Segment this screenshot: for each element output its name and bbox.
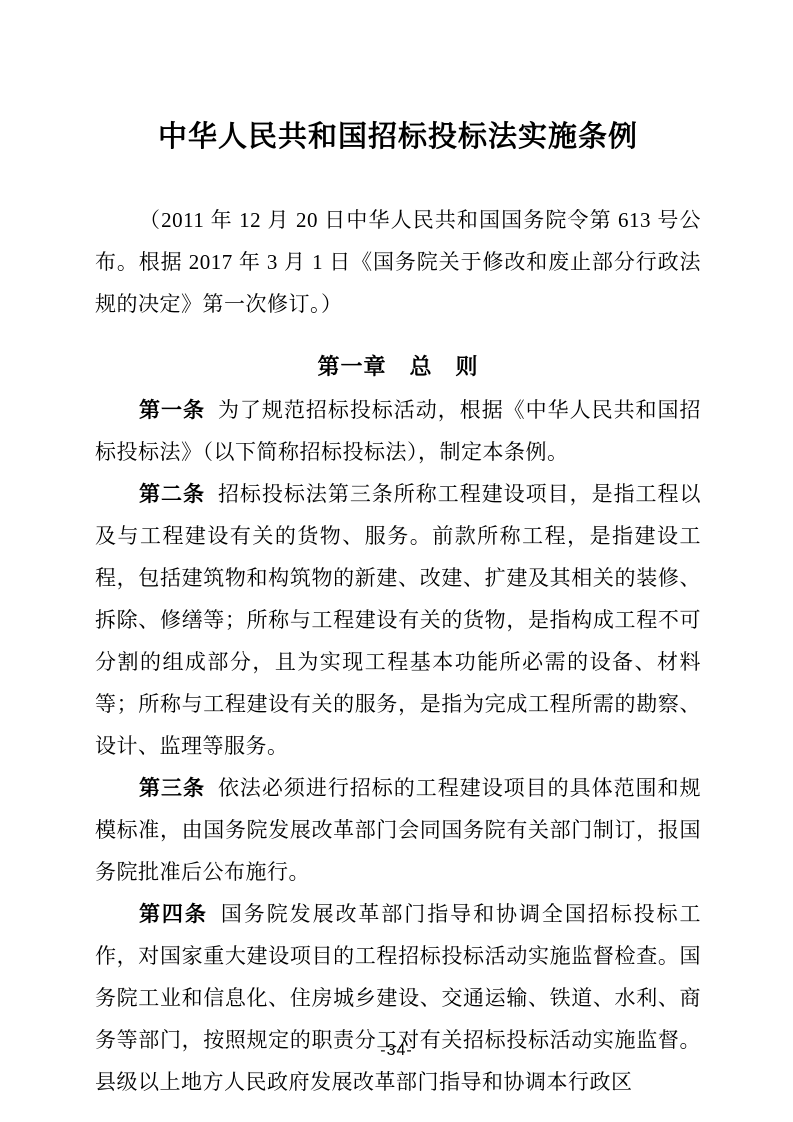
promulgation-note: （2011 年 12 月 20 日中华人民共和国国务院令第 613 号公布。根据…	[95, 199, 701, 325]
article-4-label: 第四条	[139, 902, 208, 926]
article-4-text: 国务院发展改革部门指导和协调全国招标投标工作，对国家重大建设项目的工程招标投标活…	[95, 902, 701, 1094]
page-number: -34-	[0, 1042, 793, 1060]
article-2-label: 第二条	[139, 482, 205, 506]
document-page: 中华人民共和国招标投标法实施条例 （2011 年 12 月 20 日中华人民共和…	[0, 0, 793, 1122]
chapter-heading: 第一章 总 则	[95, 345, 701, 389]
article-3-label: 第三条	[139, 776, 205, 800]
article-1-label: 第一条	[139, 398, 205, 422]
article-paragraph-4: 第四条国务院发展改革部门指导和协调全国招标投标工作，对国家重大建设项目的工程招标…	[95, 893, 701, 1103]
article-paragraph-3: 第三条依法必须进行招标的工程建设项目的具体范围和规模标准，由国务院发展改革部门会…	[95, 767, 701, 893]
article-paragraph-2: 第二条招标投标法第三条所称工程建设项目，是指工程以及与工程建设有关的货物、服务。…	[95, 473, 701, 767]
article-2-text: 招标投标法第三条所称工程建设项目，是指工程以及与工程建设有关的货物、服务。前款所…	[95, 482, 701, 758]
article-paragraph-1: 第一条为了规范招标投标活动，根据《中华人民共和国招标投标法》（以下简称招标投标法…	[95, 389, 701, 473]
document-title: 中华人民共和国招标投标法实施条例	[95, 115, 701, 159]
document-content: 中华人民共和国招标投标法实施条例 （2011 年 12 月 20 日中华人民共和…	[95, 0, 701, 1103]
